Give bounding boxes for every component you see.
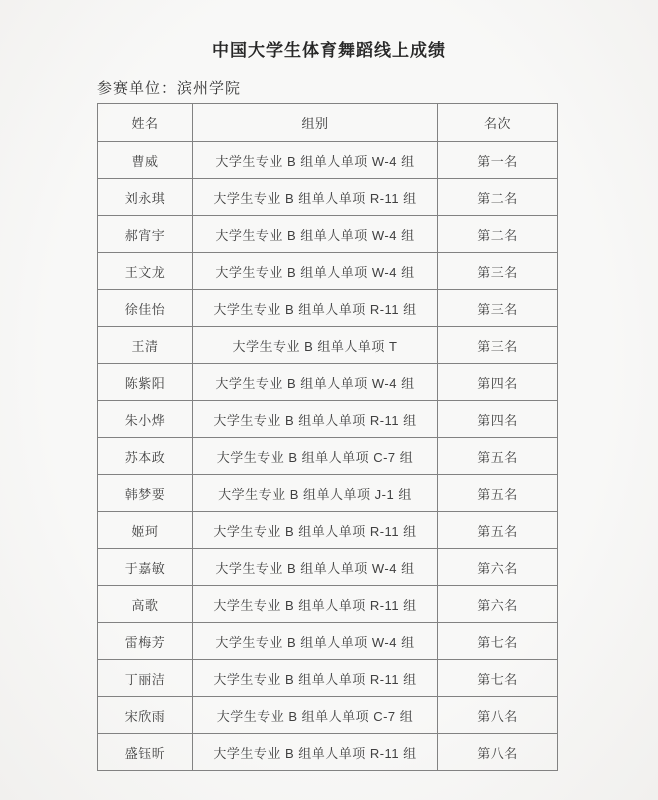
table-row: 姬珂 大学生专业 B 组单人单项 R-11 组 第五名 (98, 512, 558, 549)
table-row: 王清 大学生专业 B 组单人单项 T 第三名 (98, 327, 558, 364)
competitor-name: 雷梅芳 (98, 623, 193, 660)
table-row: 韩梦要 大学生专业 B 组单人单项 J-1 组 第五名 (98, 475, 558, 512)
competition-group: 大学生专业 B 组单人单项 W-4 组 (193, 142, 438, 179)
competition-group: 大学生专业 B 组单人单项 R-11 组 (193, 179, 438, 216)
rank-value: 第三名 (438, 327, 558, 364)
competition-group: 大学生专业 B 组单人单项 W-4 组 (193, 623, 438, 660)
competition-group: 大学生专业 B 组单人单项 R-11 组 (193, 660, 438, 697)
competitor-name: 高歌 (98, 586, 193, 623)
table-row: 雷梅芳 大学生专业 B 组单人单项 W-4 组 第七名 (98, 623, 558, 660)
competition-group: 大学生专业 B 组单人单项 R-11 组 (193, 401, 438, 438)
competitor-name: 陈紫阳 (98, 364, 193, 401)
table-row: 宋欣雨 大学生专业 B 组单人单项 C-7 组 第八名 (98, 697, 558, 734)
competitor-name: 宋欣雨 (98, 697, 193, 734)
rank-value: 第四名 (438, 401, 558, 438)
table-row: 盛钰昕 大学生专业 B 组单人单项 R-11 组 第八名 (98, 734, 558, 771)
competitor-name: 苏本政 (98, 438, 193, 475)
rank-value: 第二名 (438, 179, 558, 216)
rank-value: 第八名 (438, 697, 558, 734)
competition-group: 大学生专业 B 组单人单项 W-4 组 (193, 549, 438, 586)
table-row: 曹威 大学生专业 B 组单人单项 W-4 组 第一名 (98, 142, 558, 179)
competition-group: 大学生专业 B 组单人单项 R-11 组 (193, 586, 438, 623)
rank-value: 第四名 (438, 364, 558, 401)
rank-value: 第二名 (438, 216, 558, 253)
competitor-name: 郝宵宇 (98, 216, 193, 253)
competitor-name: 王文龙 (98, 253, 193, 290)
competition-group: 大学生专业 B 组单人单项 J-1 组 (193, 475, 438, 512)
competitor-name: 韩梦要 (98, 475, 193, 512)
table-row: 朱小烨 大学生专业 B 组单人单项 R-11 组 第四名 (98, 401, 558, 438)
table-row: 刘永琪 大学生专业 B 组单人单项 R-11 组 第二名 (98, 179, 558, 216)
competitor-name: 刘永琪 (98, 179, 193, 216)
rank-value: 第一名 (438, 142, 558, 179)
competitor-name: 于嘉敏 (98, 549, 193, 586)
competitor-name: 姬珂 (98, 512, 193, 549)
competition-group: 大学生专业 B 组单人单项 R-11 组 (193, 290, 438, 327)
rank-value: 第三名 (438, 253, 558, 290)
table-row: 王文龙 大学生专业 B 组单人单项 W-4 组 第三名 (98, 253, 558, 290)
header-row: 姓名 组别 名次 (98, 104, 558, 142)
results-table-header: 姓名 组别 名次 (98, 104, 558, 142)
competitor-name: 朱小烨 (98, 401, 193, 438)
results-table: 姓名 组别 名次 曹威 大学生专业 B 组单人单项 W-4 组 第一名 刘永琪 … (97, 103, 558, 771)
table-row: 徐佳怡 大学生专业 B 组单人单项 R-11 组 第三名 (98, 290, 558, 327)
table-row: 丁丽洁 大学生专业 B 组单人单项 R-11 组 第七名 (98, 660, 558, 697)
table-row: 苏本政 大学生专业 B 组单人单项 C-7 组 第五名 (98, 438, 558, 475)
rank-value: 第三名 (438, 290, 558, 327)
rank-value: 第五名 (438, 475, 558, 512)
participating-unit-label: 参赛单位：滨州学院 (97, 77, 241, 98)
competitor-name: 丁丽洁 (98, 660, 193, 697)
page-title: 中国大学生体育舞蹈线上成绩 (0, 36, 658, 61)
header-name: 姓名 (98, 104, 193, 142)
rank-value: 第六名 (438, 549, 558, 586)
competition-group: 大学生专业 B 组单人单项 R-11 组 (193, 734, 438, 771)
table-row: 于嘉敏 大学生专业 B 组单人单项 W-4 组 第六名 (98, 549, 558, 586)
competitor-name: 王清 (98, 327, 193, 364)
rank-value: 第五名 (438, 512, 558, 549)
table-row: 高歌 大学生专业 B 组单人单项 R-11 组 第六名 (98, 586, 558, 623)
competition-group: 大学生专业 B 组单人单项 R-11 组 (193, 512, 438, 549)
competition-group: 大学生专业 B 组单人单项 W-4 组 (193, 364, 438, 401)
competition-group: 大学生专业 B 组单人单项 C-7 组 (193, 697, 438, 734)
header-rank: 名次 (438, 104, 558, 142)
competition-group: 大学生专业 B 组单人单项 W-4 组 (193, 253, 438, 290)
rank-value: 第六名 (438, 586, 558, 623)
table-row: 陈紫阳 大学生专业 B 组单人单项 W-4 组 第四名 (98, 364, 558, 401)
competition-group: 大学生专业 B 组单人单项 W-4 组 (193, 216, 438, 253)
results-table-body: 曹威 大学生专业 B 组单人单项 W-4 组 第一名 刘永琪 大学生专业 B 组… (98, 142, 558, 771)
competitor-name: 曹威 (98, 142, 193, 179)
competitor-name: 盛钰昕 (98, 734, 193, 771)
competition-group: 大学生专业 B 组单人单项 T (193, 327, 438, 364)
rank-value: 第五名 (438, 438, 558, 475)
document-page: 中国大学生体育舞蹈线上成绩 参赛单位：滨州学院 姓名 组别 名次 曹威 大学生专… (0, 0, 658, 800)
header-group: 组别 (193, 104, 438, 142)
table-row: 郝宵宇 大学生专业 B 组单人单项 W-4 组 第二名 (98, 216, 558, 253)
rank-value: 第七名 (438, 660, 558, 697)
rank-value: 第八名 (438, 734, 558, 771)
competitor-name: 徐佳怡 (98, 290, 193, 327)
rank-value: 第七名 (438, 623, 558, 660)
competition-group: 大学生专业 B 组单人单项 C-7 组 (193, 438, 438, 475)
